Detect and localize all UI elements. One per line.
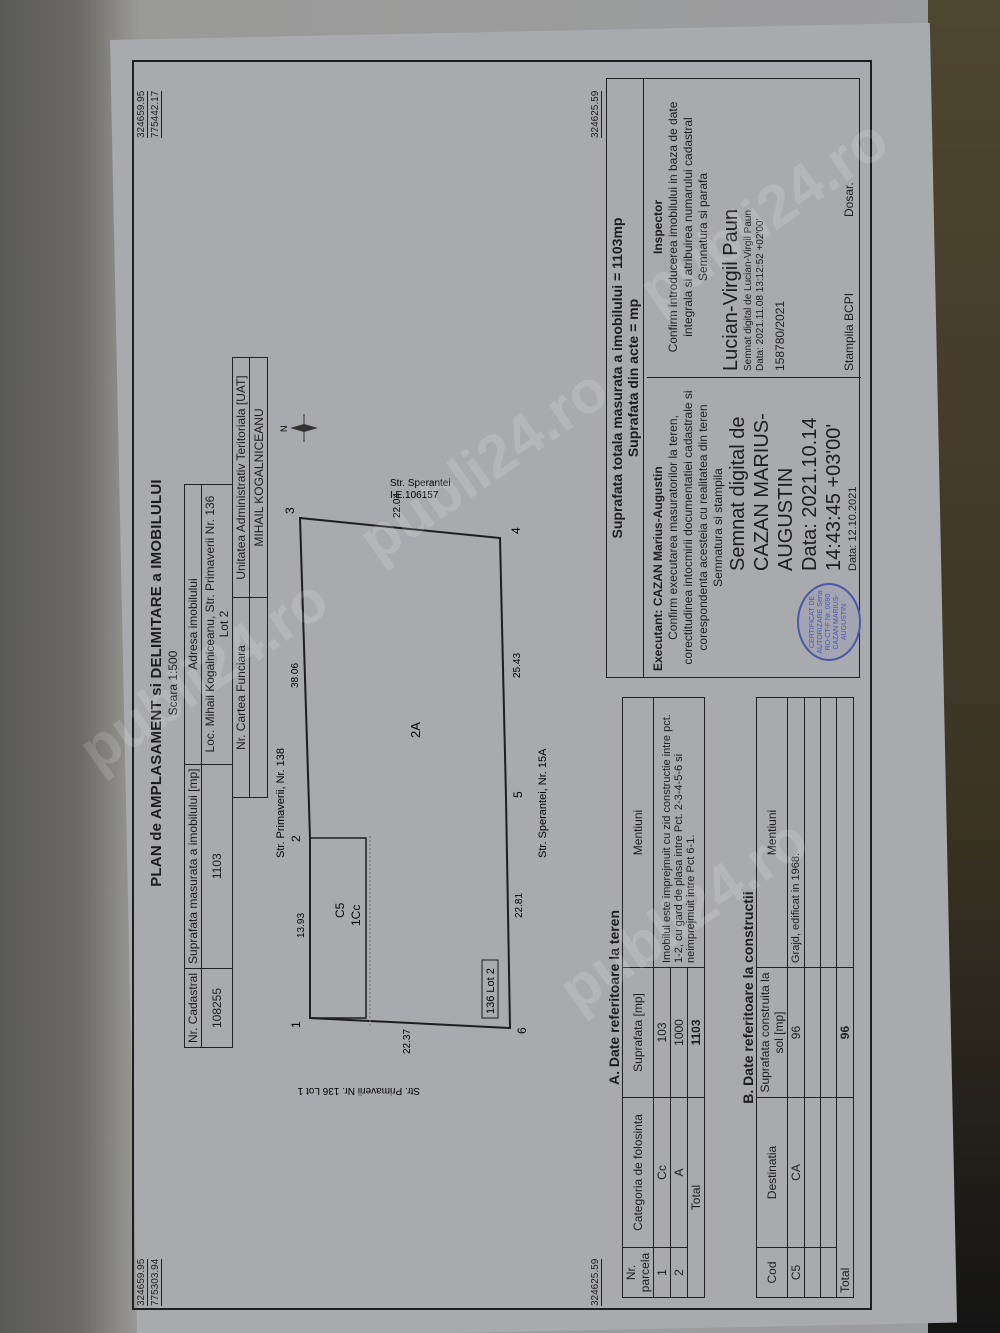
executant-name: CAZAN Marius-Augustin: [651, 466, 665, 606]
coord-top-left-x: 775303.94: [150, 1259, 162, 1306]
col-suprafata-mp: Suprafata [mp]: [623, 968, 654, 1098]
col-adresa: Adresa imobilului: [185, 484, 202, 764]
col-mentiuni-b: Mentiuni: [757, 698, 788, 968]
inspector-name: Lucian-Virgil Paun: [719, 83, 743, 371]
col-nr-parcela: Nr. parcela: [623, 1248, 654, 1298]
col-categoria: Categoria de folosinta: [623, 1098, 654, 1248]
svg-text:Str. Primaverii, Nr. 138: Str. Primaverii, Nr. 138: [275, 748, 287, 858]
svg-text:Str. Sperantei, Nr. 15A: Str. Sperantei, Nr. 15A: [537, 748, 549, 858]
svg-text:136 Lot 2: 136 Lot 2: [485, 968, 497, 1014]
mentiuni-text: Imobilul este imprejmuit cu zid construc…: [654, 698, 705, 968]
svg-text:Str. Primaverii Nr. 136 Lot 1: Str. Primaverii Nr. 136 Lot 1: [297, 1085, 420, 1096]
document-scale: Scara 1:500: [166, 48, 180, 1318]
executant-signature-date: Data: 2021.10.14 14:43:45 +03'00': [798, 384, 846, 571]
total-row: Total 96: [837, 698, 854, 1298]
col-mentiuni: Mentiuni: [623, 698, 654, 968]
section-a: A. Date referitoare la teren Nr. parcela…: [606, 697, 705, 1298]
coord-top-right-y: 324659.95: [136, 91, 148, 138]
svg-text:Str. Sperantei: Str. Sperantei: [390, 478, 451, 489]
svg-text:22.81: 22.81: [514, 893, 525, 918]
summary-acte: Suprafata din acte = mp: [625, 79, 641, 677]
summary-total: Suprafata totala masurata a imobilului =…: [609, 79, 625, 677]
svg-text:22.37: 22.37: [402, 1029, 413, 1054]
coord-bottom-right-y: 324625.59: [590, 91, 602, 138]
svg-text:I.E.106157: I.E.106157: [390, 490, 439, 501]
svg-text:25.43: 25.43: [512, 653, 523, 678]
col-cod: Cod: [757, 1248, 788, 1298]
document-title: PLAN de AMPLASAMENT si DELIMITARE a IMOB…: [148, 48, 165, 1318]
svg-text:13.93: 13.93: [296, 913, 307, 938]
section-a-table: Nr. parcela Categoria de folosinta Supra…: [622, 697, 705, 1298]
section-a-title: A. Date referitoare la teren: [606, 697, 622, 1298]
cartea-funciara-value: [250, 598, 268, 798]
authorization-stamp: CERTIFICAT DE AUTORIZARE Seria RO-CT-F N…: [797, 583, 861, 661]
coord-bottom-left-y: 324625.59: [590, 1259, 602, 1306]
signature-box: Suprafata totala masurata a imobilului =…: [606, 78, 860, 678]
svg-text:6: 6: [515, 1027, 529, 1034]
suprafata-value: 1103: [202, 764, 233, 968]
col-nr-cadastral: Nr. Cadastral: [185, 968, 202, 1047]
executant-block: Executant: CAZAN Marius-Augustin Confirm…: [647, 377, 861, 677]
uat-value: MIHAIL KOGALNICEANU: [250, 358, 268, 598]
svg-text:38.06: 38.06: [290, 663, 301, 688]
col-suprafata-sol: Suprafata construita la sol [mp]: [757, 968, 788, 1098]
col-uat: Unitatea Administrativ Teritoriala [UAT]: [233, 358, 250, 598]
coord-top-left-y: 324659.95: [136, 1259, 148, 1306]
inspector-block: Inspector Confirm introducerea imobilulu…: [647, 77, 861, 377]
header-table: Nr. Cadastral Suprafata masurata a imobi…: [184, 484, 233, 1048]
section-b-title: B. Date referitoare la constructii: [740, 697, 756, 1298]
nr-cadastral-value: 108255: [202, 968, 233, 1047]
svg-text:5: 5: [511, 791, 525, 798]
table-row: 1 Cc 103 Imobilul este imprejmuit cu zid…: [654, 698, 671, 1298]
executant-digital-signature: Semnat digital de CAZAN MARIUS-AUGUSTIN: [726, 384, 798, 571]
registration-number: 158780/2021: [773, 83, 788, 371]
col-cartea-funciara: Nr. Cartea Funciara: [233, 598, 250, 798]
svg-text:4: 4: [509, 527, 523, 534]
adresa-value: Loc. Mihail Kogalniceanu, Str. Primaveri…: [202, 484, 233, 764]
svg-text:2A: 2A: [408, 722, 423, 738]
svg-text:1: 1: [289, 1021, 303, 1028]
summary: Suprafata totala masurata a imobilului =…: [607, 79, 644, 677]
coord-top-right-x: 775442.17: [150, 91, 162, 138]
header-table-2: Nr. Cartea Funciara Unitatea Administrat…: [232, 357, 268, 798]
parcel-plan-drawing: 1 2 3 4 5 6 13.93 38.06 22.04 25.43 22.8…: [270, 398, 590, 1158]
cadastral-plan-document: PLAN de AMPLASAMENT si DELIMITARE a IMOB…: [120, 48, 880, 1318]
section-b-table: Cod Destinatia Suprafata construita la s…: [756, 697, 854, 1298]
section-b: B. Date referitoare la constructii Cod D…: [740, 697, 854, 1298]
svg-text:3: 3: [283, 507, 297, 514]
svg-text:1Cc: 1Cc: [349, 905, 363, 926]
svg-text:C5: C5: [333, 902, 347, 918]
svg-text:N: N: [279, 426, 289, 433]
col-suprafata: Suprafata masurata a imobilului [mp]: [185, 764, 202, 968]
svg-text:2: 2: [289, 835, 303, 842]
col-destinatia: Destinatia: [757, 1098, 788, 1248]
table-row: C5 CA 96 Grajd, edificat in 1968.: [788, 698, 805, 1298]
